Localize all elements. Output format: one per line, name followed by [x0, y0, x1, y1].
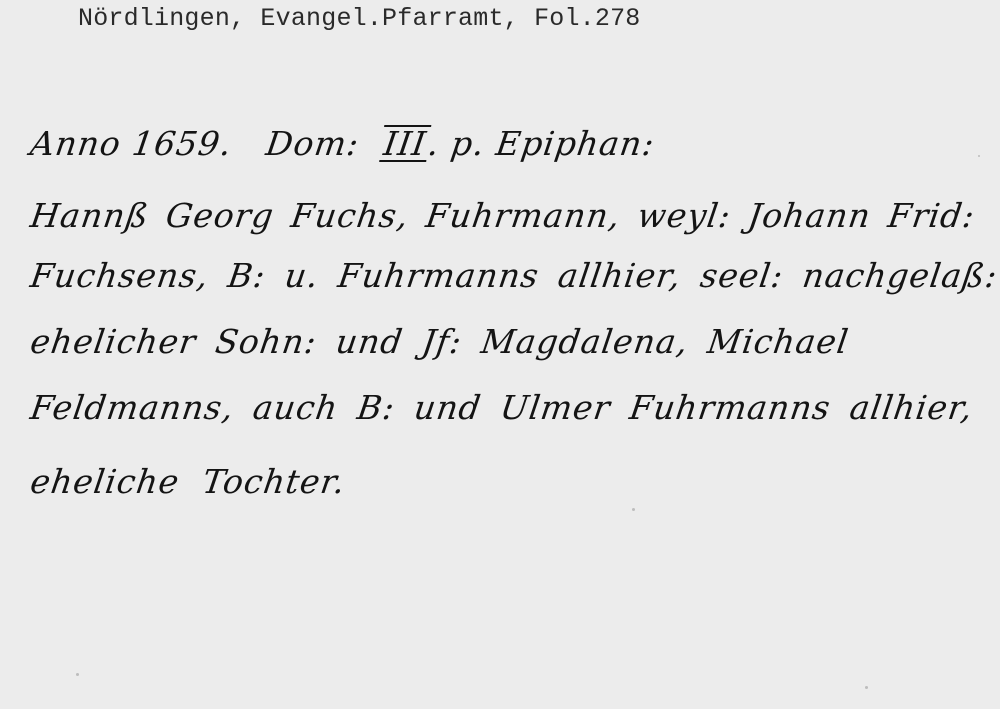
entry-roman-numeral: III	[380, 125, 431, 162]
scan-speck	[632, 508, 635, 511]
entry-dom: Dom:	[264, 124, 362, 163]
card-header-typed: Nördlingen, Evangel.Pfarramt, Fol.278	[78, 4, 641, 33]
scan-speck	[76, 673, 79, 676]
entry-line-2: Hannß Georg Fuchs, Fuhrmann, weyl: Johan…	[28, 196, 978, 235]
entry-feast: . p. Epiphan:	[426, 124, 658, 163]
entry-line-5: Feldmanns, auch B: und Ulmer Fuhrmanns a…	[28, 388, 976, 427]
scan-speck	[978, 155, 980, 157]
entry-line-3: Fuchsens, B: u. Fuhrmanns allhier, seel:…	[28, 256, 1000, 295]
archive-card: Nördlingen, Evangel.Pfarramt, Fol.278 An…	[0, 0, 1000, 709]
entry-line-4: ehelicher Sohn: und Jf: Magdalena, Micha…	[28, 322, 851, 361]
scan-speck	[865, 686, 868, 689]
entry-anno: Anno 1659.	[28, 124, 235, 163]
entry-line-date: Anno 1659. Dom: III. p. Epiphan:	[28, 124, 657, 163]
entry-line-6: eheliche Tochter.	[28, 462, 348, 501]
